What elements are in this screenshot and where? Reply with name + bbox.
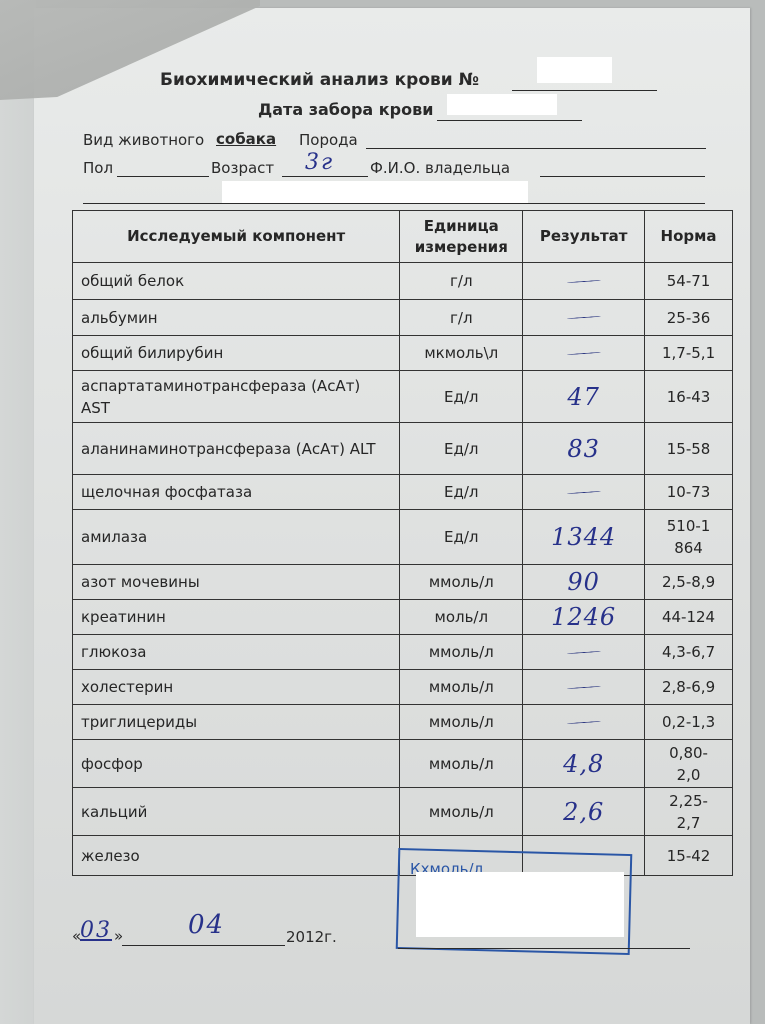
handwritten-dash	[567, 650, 601, 653]
component-cell: щелочная фосфатаза	[73, 475, 400, 510]
unit-cell: ммоль/л	[400, 788, 523, 836]
result-cell: 1344	[523, 510, 645, 565]
date-month: 04	[188, 910, 225, 940]
redacted-stamp	[416, 872, 624, 937]
handwritten-result: 2,6	[531, 798, 636, 826]
handwritten-result: 1246	[531, 603, 636, 631]
result-cell: 90	[523, 565, 645, 600]
norm-value: 44-124	[662, 608, 715, 626]
redacted-owner-name	[222, 181, 528, 203]
document-title: Биохимический анализ крови №	[160, 70, 479, 90]
handwritten-result: 4,8	[531, 750, 636, 778]
table-row: кальцийммоль/л2,62,25-2,7	[73, 788, 733, 836]
owner-name-underline	[83, 203, 705, 204]
handwritten-result: 47	[531, 383, 636, 411]
component-cell: кальций	[73, 788, 400, 836]
table-row: общий белокг/л54-71	[73, 263, 733, 300]
result-cell	[523, 705, 645, 740]
redacted-number	[537, 57, 612, 83]
owner-underline	[540, 176, 705, 177]
table-row: глюкозаммоль/л4,3-6,7	[73, 635, 733, 670]
norm-cell: 0,2-1,3	[645, 705, 733, 740]
result-cell: 83	[523, 423, 645, 475]
result-cell	[523, 300, 645, 336]
component-cell: креатинин	[73, 600, 400, 635]
date-quote-close: »	[114, 927, 123, 945]
norm-value: 54-71	[667, 272, 711, 290]
sex-underline	[117, 176, 209, 177]
table-row: азот мочевиныммоль/л902,5-8,9	[73, 565, 733, 600]
table-row: щелочная фосфатазаЕд/л10-73	[73, 475, 733, 510]
handwritten-result: 83	[531, 435, 636, 463]
norm-value: 4,3-6,7	[662, 643, 715, 661]
handwritten-dash	[567, 351, 601, 354]
component-cell: фосфор	[73, 740, 400, 788]
unit-cell: Ед/л	[400, 475, 523, 510]
norm-cell: 15-58	[645, 423, 733, 475]
norm-cell: 0,80-2,0	[645, 740, 733, 788]
header-norm: Норма	[645, 211, 733, 263]
header-unit: Единица измерения	[400, 211, 523, 263]
unit-cell: ммоль/л	[400, 705, 523, 740]
table-row: аспартатаминотрансфераза (АсАт) ASTЕд/л4…	[73, 371, 733, 423]
norm-cell: 16-43	[645, 371, 733, 423]
norm-cell: 54-71	[645, 263, 733, 300]
result-cell	[523, 336, 645, 371]
norm-value: 1,7-5,1	[662, 344, 715, 362]
handwritten-dash	[567, 685, 601, 688]
result-cell	[523, 475, 645, 510]
owner-label: Ф.И.О. владельца	[370, 159, 510, 177]
table-row: аланинаминотрансфераза (АсАт) ALTЕд/л831…	[73, 423, 733, 475]
handwritten-dash	[567, 490, 601, 493]
date-year: 2012г.	[286, 928, 337, 946]
handwritten-dash	[567, 720, 601, 723]
norm-cell: 1,7-5,1	[645, 336, 733, 371]
table-row: холестеринммоль/л2,8-6,9	[73, 670, 733, 705]
norm-cell: 25-36	[645, 300, 733, 336]
norm-value: 2,8-6,9	[662, 678, 715, 696]
table-row: амилазаЕд/л1344510-1864	[73, 510, 733, 565]
component-cell: триглицериды	[73, 705, 400, 740]
norm-value: 16-43	[667, 388, 711, 406]
component-cell: аспартатаминотрансфераза (АсАт) AST	[73, 371, 400, 423]
date-day: 03	[80, 918, 112, 943]
header-component: Исследуемый компонент	[73, 211, 400, 263]
handwritten-dash	[567, 279, 601, 282]
sample-date-label: Дата забора крови	[258, 100, 433, 119]
table-row: общий билирубинмкмоль\л1,7-5,1	[73, 336, 733, 371]
table-row: триглицеридыммоль/л0,2-1,3	[73, 705, 733, 740]
norm-value: 15-42	[667, 847, 711, 865]
handwritten-result: 90	[531, 568, 636, 596]
result-cell: 1246	[523, 600, 645, 635]
norm-value: 25-36	[667, 309, 711, 327]
background	[0, 0, 36, 1024]
norm-value: 15-58	[667, 440, 711, 458]
component-cell: азот мочевины	[73, 565, 400, 600]
norm-cell: 2,8-6,9	[645, 670, 733, 705]
table-row: альбуминг/л25-36	[73, 300, 733, 336]
result-cell: 2,6	[523, 788, 645, 836]
sample-date-underline	[437, 120, 582, 121]
number-underline	[512, 90, 657, 91]
unit-cell: г/л	[400, 263, 523, 300]
norm-cell: 2,25-2,7	[645, 788, 733, 836]
norm-value: 510-1864	[664, 515, 714, 559]
unit-cell: ммоль/л	[400, 565, 523, 600]
unit-cell: г/л	[400, 300, 523, 336]
results-table: Исследуемый компонент Единица измерения …	[72, 210, 733, 876]
norm-cell: 510-1864	[645, 510, 733, 565]
unit-cell: моль/л	[400, 600, 523, 635]
table-row: фосформмоль/л4,80,80-2,0	[73, 740, 733, 788]
result-cell: 4,8	[523, 740, 645, 788]
unit-cell: Ед/л	[400, 510, 523, 565]
component-cell: железо	[73, 836, 400, 876]
redacted-sample-date	[447, 94, 557, 115]
result-cell	[523, 263, 645, 300]
norm-value: 0,2-1,3	[662, 713, 715, 731]
norm-value: 2,5-8,9	[662, 573, 715, 591]
result-cell	[523, 635, 645, 670]
result-cell: 47	[523, 371, 645, 423]
norm-value: 0,80-2,0	[664, 742, 714, 786]
component-cell: аланинаминотрансфераза (АсАт) ALT	[73, 423, 400, 475]
unit-cell: ммоль/л	[400, 740, 523, 788]
animal-type-label: Вид животного	[83, 131, 204, 149]
component-cell: общий белок	[73, 263, 400, 300]
unit-cell: Ед/л	[400, 371, 523, 423]
handwritten-result: 1344	[531, 523, 636, 551]
norm-cell: 44-124	[645, 600, 733, 635]
table-row: креатининмоль/л124644-124	[73, 600, 733, 635]
animal-type-value: собака	[216, 130, 276, 148]
component-cell: глюкоза	[73, 635, 400, 670]
header-result: Результат	[523, 211, 645, 263]
unit-cell: ммоль/л	[400, 670, 523, 705]
norm-value: 10-73	[667, 483, 711, 501]
norm-cell: 15-42	[645, 836, 733, 876]
age-label: Возраст	[211, 159, 274, 177]
norm-cell: 2,5-8,9	[645, 565, 733, 600]
component-cell: холестерин	[73, 670, 400, 705]
date-month-underline	[122, 945, 285, 946]
breed-underline	[366, 148, 706, 149]
sex-label: Пол	[83, 159, 113, 177]
component-cell: альбумин	[73, 300, 400, 336]
unit-cell: ммоль/л	[400, 635, 523, 670]
norm-cell: 10-73	[645, 475, 733, 510]
breed-label: Порода	[299, 131, 358, 149]
handwritten-dash	[567, 316, 601, 319]
norm-value: 2,25-2,7	[664, 790, 714, 834]
norm-cell: 4,3-6,7	[645, 635, 733, 670]
component-cell: общий билирубин	[73, 336, 400, 371]
age-underline	[282, 176, 368, 177]
component-cell: амилаза	[73, 510, 400, 565]
unit-cell: мкмоль\л	[400, 336, 523, 371]
signature-underline	[398, 948, 690, 949]
unit-cell: Ед/л	[400, 423, 523, 475]
age-value: 3г	[305, 150, 334, 175]
result-cell	[523, 670, 645, 705]
